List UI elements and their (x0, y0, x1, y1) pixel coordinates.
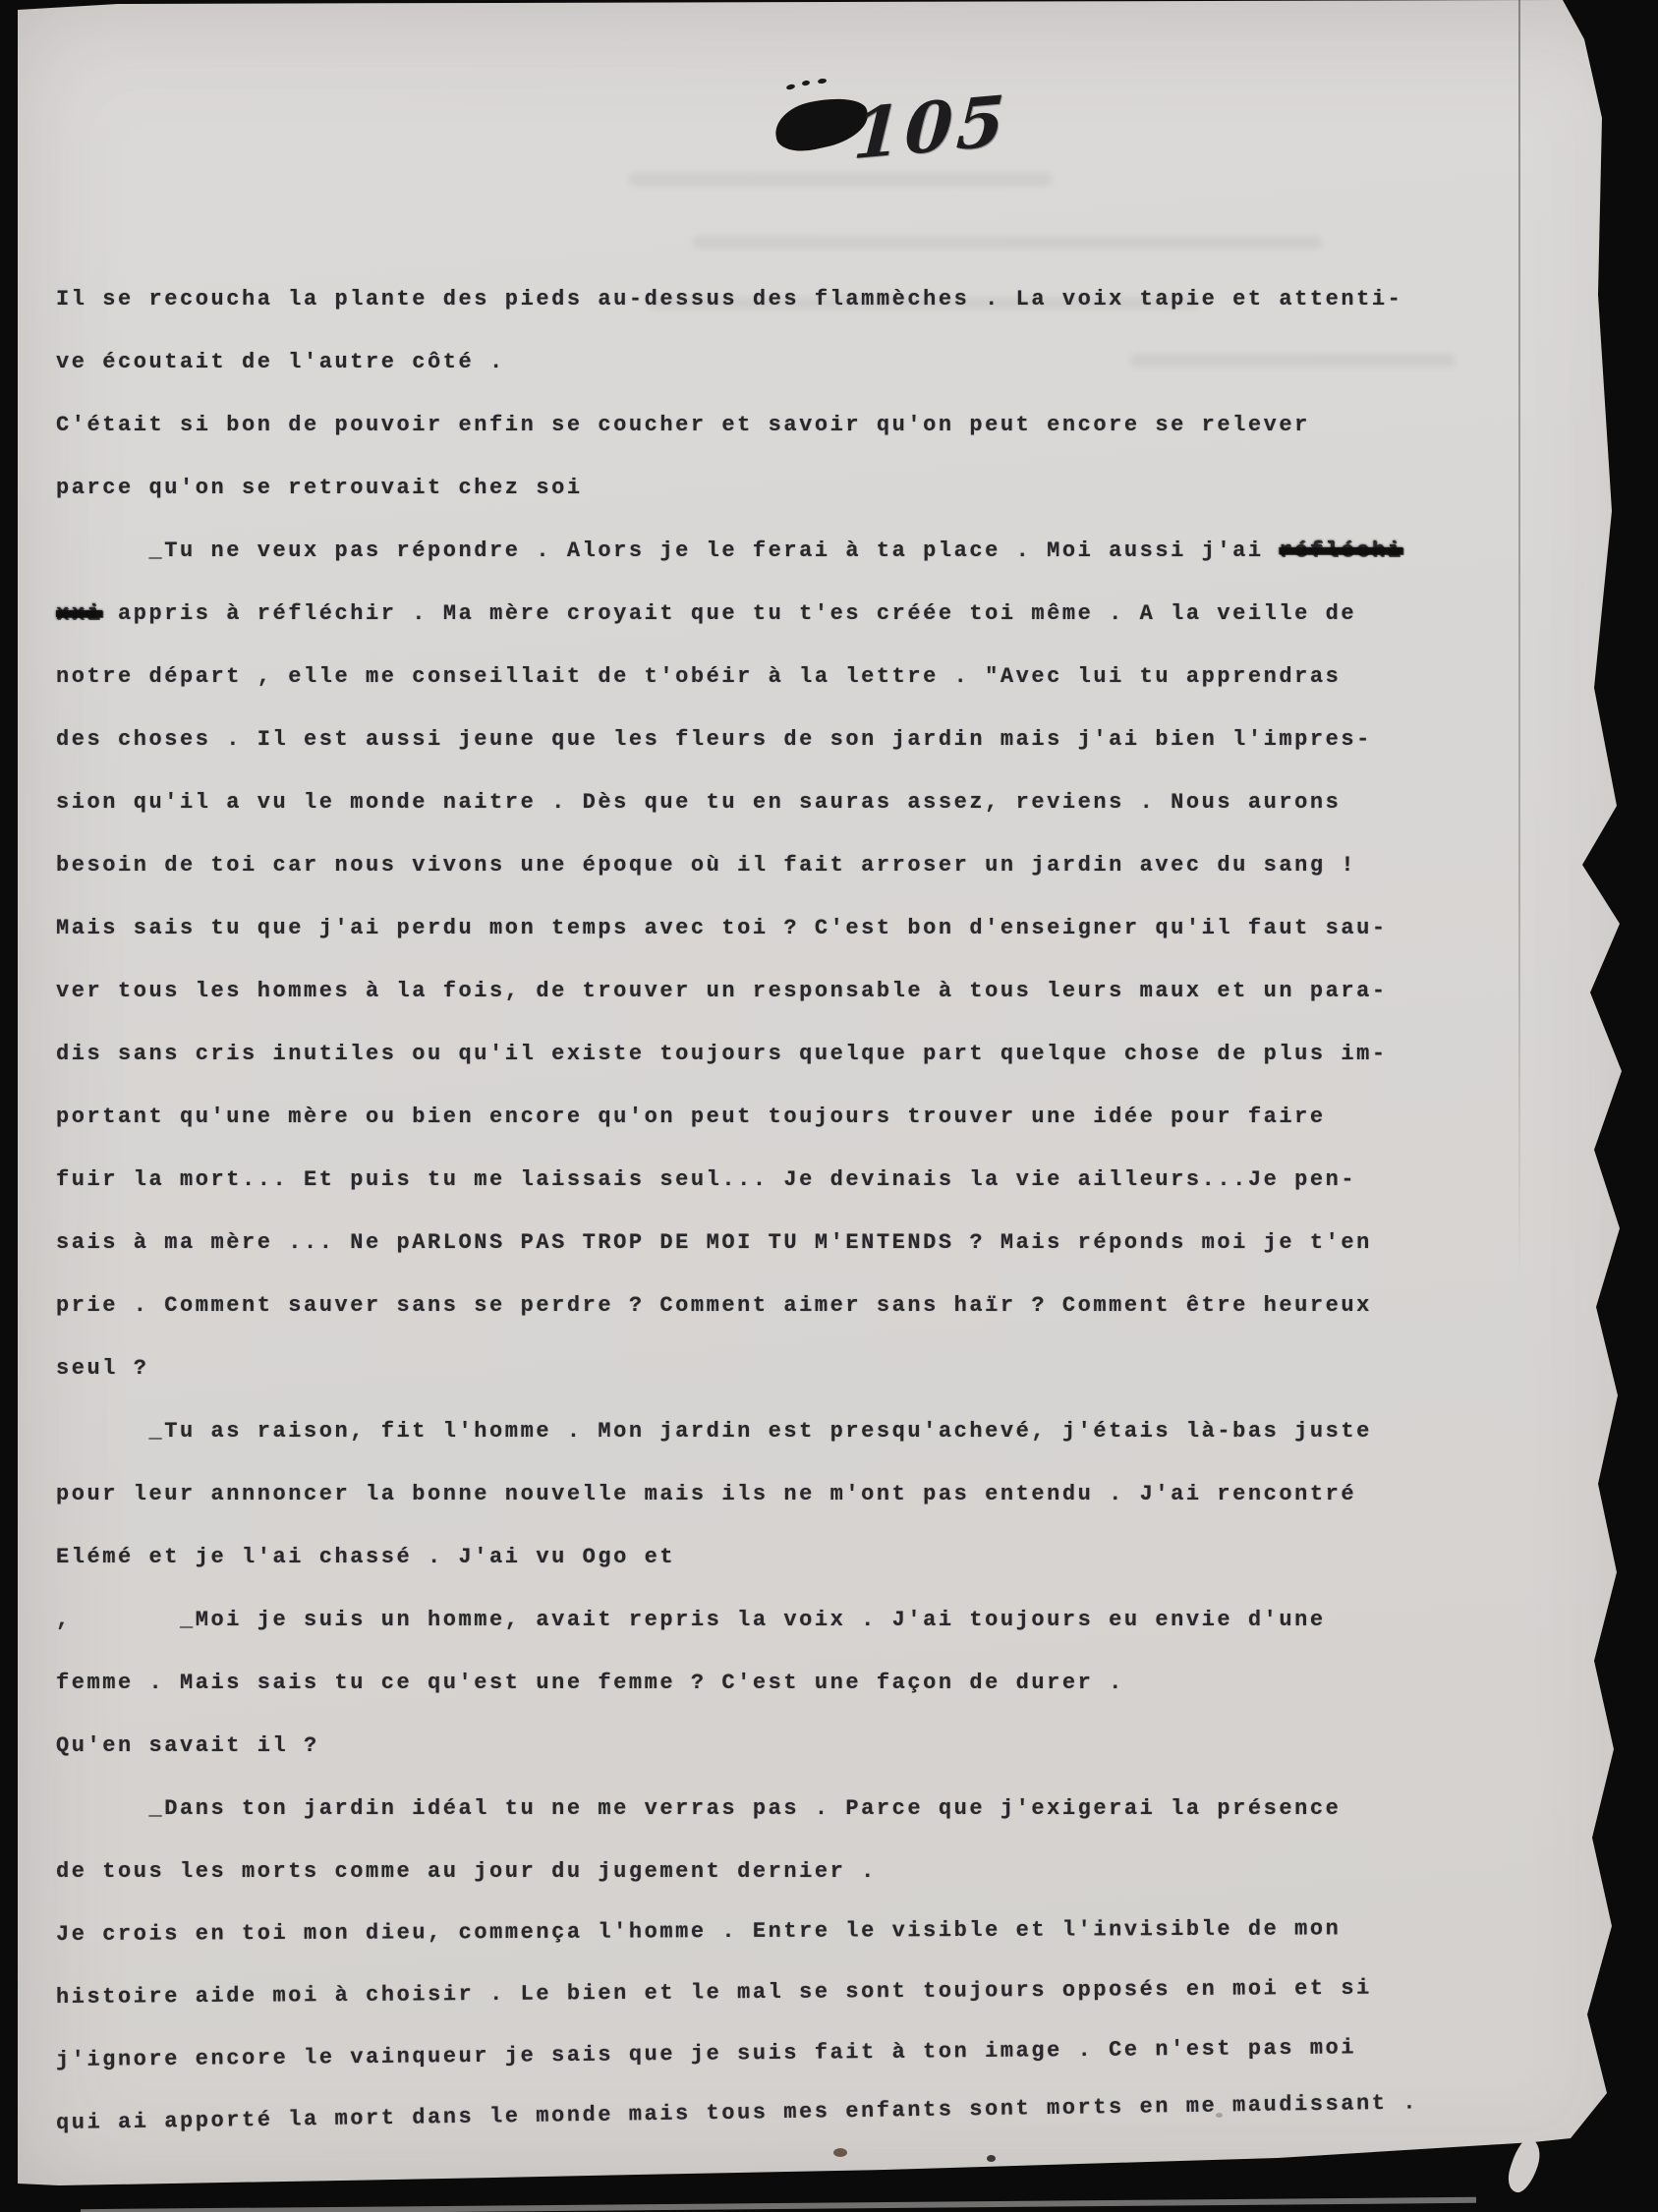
struck-out-word: réfléchi (1279, 539, 1402, 563)
paper-stain (987, 2155, 996, 2162)
text-line: Mais sais tu que j'ai perdu mon temps av… (56, 897, 1430, 960)
torn-paper-curl (1504, 2135, 1545, 2195)
text-line: Je crois en toi mon dieu, commença l'hom… (56, 1898, 1430, 1966)
text-line: de tous les morts comme au jour du jugem… (56, 1841, 1430, 1903)
text-line: fuir la mort... Et puis tu me laissais s… (56, 1149, 1430, 1212)
paper-stain (833, 2148, 847, 2157)
text-line: pour leur annnoncer la bonne nouvelle ma… (56, 1463, 1430, 1526)
ink-splatter-dot (802, 80, 811, 85)
text-line: notre départ , elle me conseillait de t'… (56, 646, 1430, 709)
text-line: C'était si bon de pouvoir enfin se couch… (56, 394, 1430, 457)
text-line: , _Moi je suis un homme, avait repris la… (56, 1589, 1430, 1652)
text-line: _Tu ne veux pas répondre . Alors je le f… (56, 520, 1430, 583)
text-line: parce qu'on se retrouvait chez soi (56, 457, 1430, 520)
text-line: besoin de toi car nous vivons une époque… (56, 834, 1430, 897)
text-line: Qu'en savait il ? (56, 1715, 1430, 1778)
paper-stain (1216, 2113, 1223, 2118)
text-line: femme . Mais sais tu ce qu'est une femme… (56, 1652, 1430, 1715)
ink-splatter-dot (786, 84, 796, 90)
text-line: portant qu'une mère ou bien encore qu'on… (56, 1086, 1430, 1149)
text-line: sais à ma mère ... Ne pARLONS PAS TROP D… (56, 1212, 1430, 1275)
ink-splatter-dot (818, 78, 828, 84)
ink-bleedthrough (629, 173, 1052, 186)
text-line: Il se recoucha la plante des pieds au-de… (56, 268, 1430, 331)
text-line: _Tu as raison, fit l'homme . Mon jardin … (56, 1400, 1430, 1463)
text-line: Elémé et je l'ai chassé . J'ai vu Ogo et (56, 1526, 1430, 1589)
text-line: seul ? (56, 1337, 1430, 1400)
text-line: prie . Comment sauver sans se perdre ? C… (56, 1275, 1430, 1337)
text-line: ve écoutait de l'autre côté . (56, 331, 1430, 394)
struck-out-word: xxi (56, 601, 102, 626)
scan-background: 105 Il se recoucha la plante des pieds a… (0, 0, 1658, 2212)
text-line: _Dans ton jardin idéal tu ne me verras p… (56, 1778, 1430, 1841)
ink-bleedthrough (693, 236, 1322, 249)
page-number: 105 (851, 80, 1010, 175)
text-line: sion qu'il a vu le monde naitre . Dès qu… (56, 771, 1430, 834)
text-line: dis sans cris inutiles ou qu'il existe t… (56, 1023, 1430, 1086)
text-line: des choses . Il est aussi jeune que les … (56, 709, 1430, 771)
scanner-bed-edge (81, 2197, 1476, 2212)
paper-fold-line (1518, 0, 1520, 1287)
typewritten-text: Il se recoucha la plante des pieds au-de… (56, 268, 1430, 2155)
paper-sheet: 105 Il se recoucha la plante des pieds a… (0, 0, 1658, 2212)
text-line: ver tous les hommes à la fois, de trouve… (56, 960, 1430, 1023)
text-line: xxi appris à réfléchir . Ma mère croyait… (56, 583, 1430, 646)
